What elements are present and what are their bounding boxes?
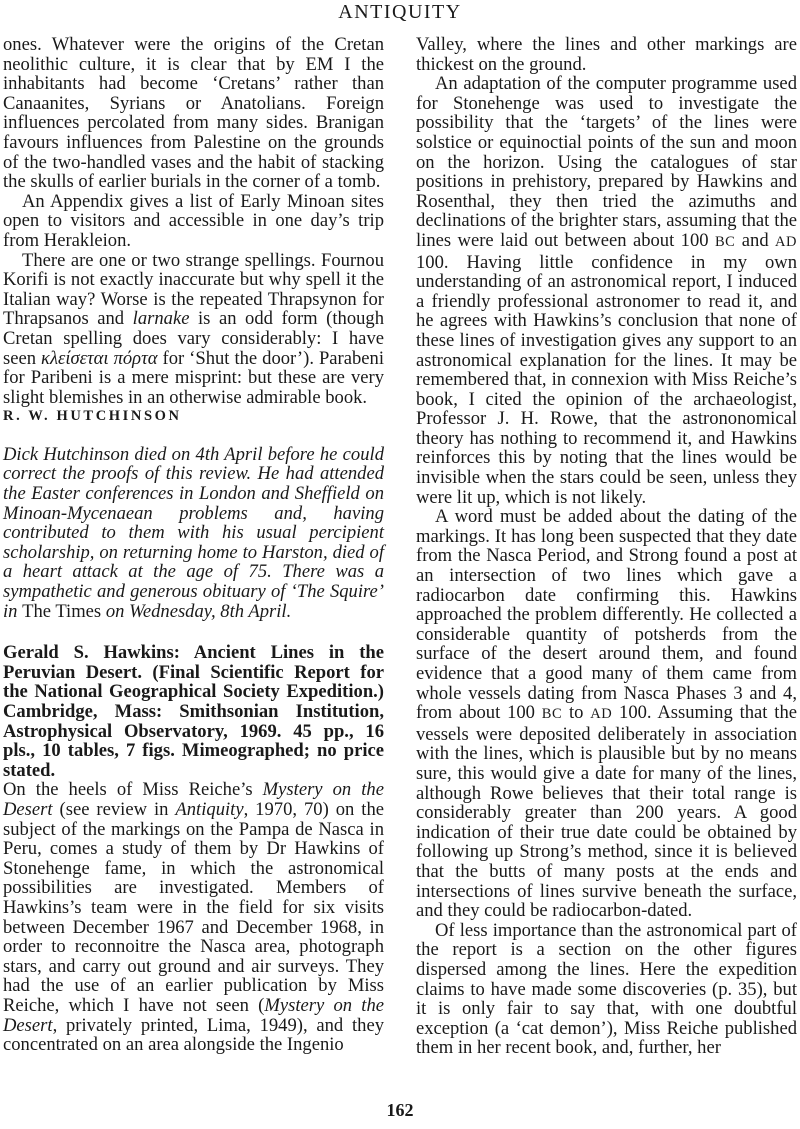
paragraph: An Appendix gives a list of Early Minoan… [3, 192, 384, 251]
text: 100. Assuming that the vessels were depo… [416, 702, 797, 921]
italic-term: larnake [133, 308, 190, 329]
paragraph: An adaptation of the computer programme … [416, 74, 797, 507]
text: , privately printed, Lima, 1949), and th… [3, 1015, 384, 1056]
text: (see review in [53, 799, 176, 820]
text: A word must be added about the dating of… [416, 506, 797, 723]
text: , 1970, 70) on the subject of the markin… [3, 799, 384, 1016]
text: to [562, 702, 590, 723]
text: Dick Hutchinson died on 4th April before… [3, 444, 384, 622]
paragraph: A word must be added about the dating of… [416, 507, 797, 920]
right-column: Valley, where the lines and other markin… [416, 35, 797, 1058]
era-label: AD [590, 706, 612, 722]
journal-title: Antiquity [175, 799, 243, 820]
text: and [735, 230, 775, 251]
paragraph: Valley, where the lines and other markin… [416, 35, 797, 74]
paragraph: There are one or two strange spellings. … [3, 251, 384, 408]
running-head: ANTIQUITY [0, 0, 800, 24]
page-number: 162 [0, 1100, 800, 1121]
paragraph: Of less importance than the astronomical… [416, 921, 797, 1058]
greek-phrase: κλείσεται πόρτα [41, 348, 158, 369]
text: 100. Having little confidence in my own … [416, 252, 797, 508]
paragraph: On the heels of Miss Reiche’s Mystery on… [3, 780, 384, 1054]
paragraph: ones. Whatever were the origins of the C… [3, 35, 384, 192]
text: An adaptation of the computer programme … [416, 73, 797, 251]
newspaper-name: The Times [22, 601, 101, 622]
reviewer-signature: R. W. HUTCHINSON [3, 407, 384, 427]
era-label: AD [775, 234, 797, 250]
left-column: ones. Whatever were the origins of the C… [3, 35, 384, 1055]
text: on Wednesday, 8th April. [101, 601, 291, 622]
obituary-note: Dick Hutchinson died on 4th April before… [3, 445, 384, 621]
text: On the heels of Miss Reiche’s [3, 779, 263, 800]
era-label: BC [715, 234, 735, 250]
era-label: BC [542, 706, 562, 722]
review-heading: Gerald S. Hawkins: Ancient Lines in the … [3, 643, 384, 780]
